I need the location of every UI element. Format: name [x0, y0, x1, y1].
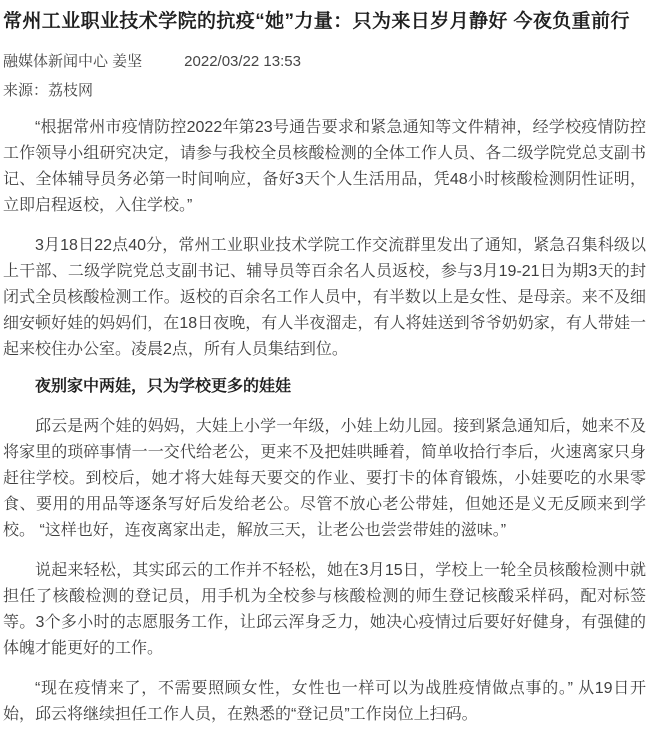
section-heading: 夜别家中两娃，只为学校更多的娃娃 [3, 374, 646, 400]
article-container: 常州工业职业技术学院的抗疫“她”力量：只为来日岁月静好 今夜负重前行 融媒体新闻… [0, 0, 648, 728]
author-name: 融媒体新闻中心 姜坚 [3, 54, 142, 70]
paragraph-closing-quote: “现在疫情来了，不需要照顾女性，女性也一样可以为战胜疫情做点事的。” 从19日开… [3, 676, 646, 728]
paragraph-notice-quote: “根据常州市疫情防控2022年第23号通告要求和紧急通知等文件精神，经学校疫情防… [3, 115, 646, 219]
publish-datetime: 2022/03/22 13:53 [184, 54, 301, 70]
article-body: “根据常州市疫情防控2022年第23号通告要求和紧急通知等文件精神，经学校疫情防… [3, 115, 646, 728]
source-name: 荔枝网 [48, 82, 93, 99]
paragraph-qiuyun-work: 说起来轻松，其实邱云的工作并不轻松，她在3月15日，学校上一轮全员核酸检测中就担… [3, 558, 646, 662]
paragraph-qiuyun-family: 邱云是两个娃的妈妈，大娃上小学一年级，小娃上幼儿园。接到紧急通知后，她来不及将家… [3, 414, 646, 544]
byline: 融媒体新闻中心 姜坚 2022/03/22 13:53 [3, 54, 646, 70]
source-label: 来源： [3, 82, 48, 99]
source-row: 来源：荔枝网 [3, 83, 646, 99]
paragraph-assembly: 3月18日22点40分，常州工业职业技术学院工作交流群里发出了通知，紧急召集科级… [3, 233, 646, 363]
article-title: 常州工业职业技术学院的抗疫“她”力量：只为来日岁月静好 今夜负重前行 [3, 8, 646, 36]
